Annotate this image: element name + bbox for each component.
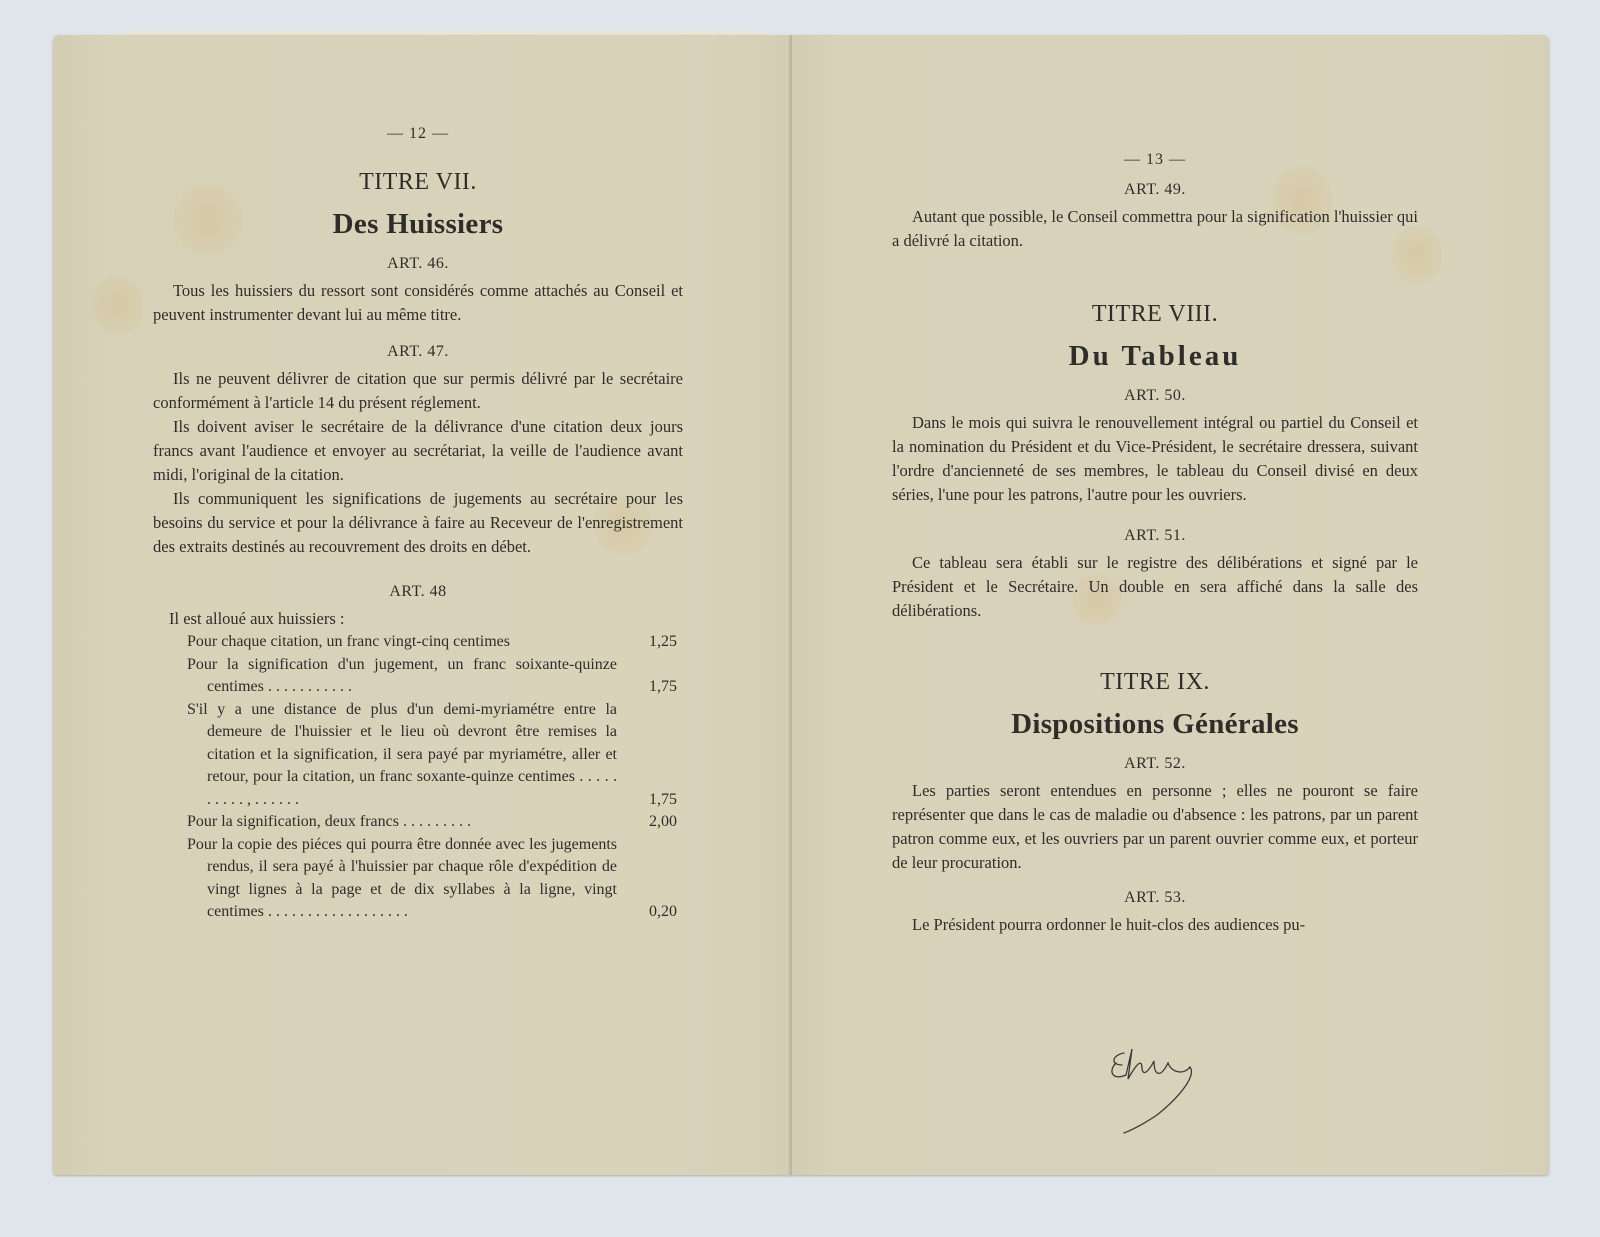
article-label: ART. 46. (153, 255, 683, 273)
section-heading: Dispositions Générales (892, 708, 1418, 741)
article-paragraph: Autant que possible, le Conseil commettr… (892, 205, 1418, 253)
fee-row: Pour la signification, deux francs . . .… (169, 811, 683, 834)
left-page-content: — 12 — TITRE VII. Des Huissiers ART. 46.… (153, 125, 683, 924)
article-paragraph: Ils communiquent les significations de j… (153, 487, 683, 559)
title-number: TITRE VIII. (892, 301, 1418, 328)
right-page-content: — 13 — ART. 49. Autant que possible, le … (892, 151, 1418, 937)
article-intro: Il est alloué aux huissiers : (169, 607, 683, 631)
fee-row: Pour la signification d'un jugement, un … (169, 654, 683, 699)
page-number: — 13 — (892, 151, 1418, 169)
fee-amount: 1,75 (627, 789, 677, 812)
article-paragraph: Tous les huissiers du ressort sont consi… (153, 279, 683, 327)
article-label: ART. 48 (153, 583, 683, 601)
page-number: — 12 — (153, 125, 683, 143)
fee-schedule: Pour chaque citation, un franc vingt-cin… (169, 631, 683, 924)
title-number: TITRE IX. (892, 669, 1418, 696)
fee-amount: 1,25 (627, 631, 677, 654)
article-paragraph: Les parties seront entendues en personne… (892, 779, 1418, 875)
fee-description: Pour la copie des piéces qui pourra être… (187, 834, 617, 924)
fee-row: Pour chaque citation, un franc vingt-cin… (169, 631, 683, 654)
fee-amount: 1,75 (627, 676, 677, 699)
article-label: ART. 50. (892, 387, 1418, 405)
left-page: — 12 — TITRE VII. Des Huissiers ART. 46.… (53, 35, 790, 1175)
open-booklet: — 12 — TITRE VII. Des Huissiers ART. 46.… (53, 35, 1547, 1175)
section-heading: Des Huissiers (153, 208, 683, 241)
fee-amount: 0,20 (627, 901, 677, 924)
fee-row: Pour la copie des piéces qui pourra être… (169, 834, 683, 924)
paper-stain (93, 275, 143, 335)
article-paragraph: Ils ne peuvent délivrer de citation que … (153, 367, 683, 415)
section-heading: Du Tableau (892, 340, 1418, 373)
handwritten-signature-icon (1102, 1035, 1212, 1135)
title-number: TITRE VII. (153, 169, 683, 196)
fee-row: S'il y a une distance de plus d'un demi-… (169, 699, 683, 812)
article-label: ART. 53. (892, 889, 1418, 907)
fee-amount: 2,00 (627, 811, 677, 834)
fee-description: Pour chaque citation, un franc vingt-cin… (187, 631, 617, 654)
article-label: ART. 52. (892, 755, 1418, 773)
right-page: — 13 — ART. 49. Autant que possible, le … (790, 35, 1549, 1175)
article-label: ART. 47. (153, 343, 683, 361)
fee-description: S'il y a une distance de plus d'un demi-… (187, 699, 617, 812)
article-paragraph: Ce tableau sera établi sur le registre d… (892, 551, 1418, 623)
article-label: ART. 49. (892, 181, 1418, 199)
article-paragraph: Le Président pourra ordonner le huit-clo… (892, 913, 1418, 937)
article-label: ART. 51. (892, 527, 1418, 545)
fee-description: Pour la signification, deux francs . . .… (187, 811, 617, 834)
article-paragraph: Dans le mois qui suivra le renouvellemen… (892, 411, 1418, 507)
fee-description: Pour la signification d'un jugement, un … (187, 654, 617, 699)
article-paragraph: Ils doivent aviser le secrétaire de la d… (153, 415, 683, 487)
